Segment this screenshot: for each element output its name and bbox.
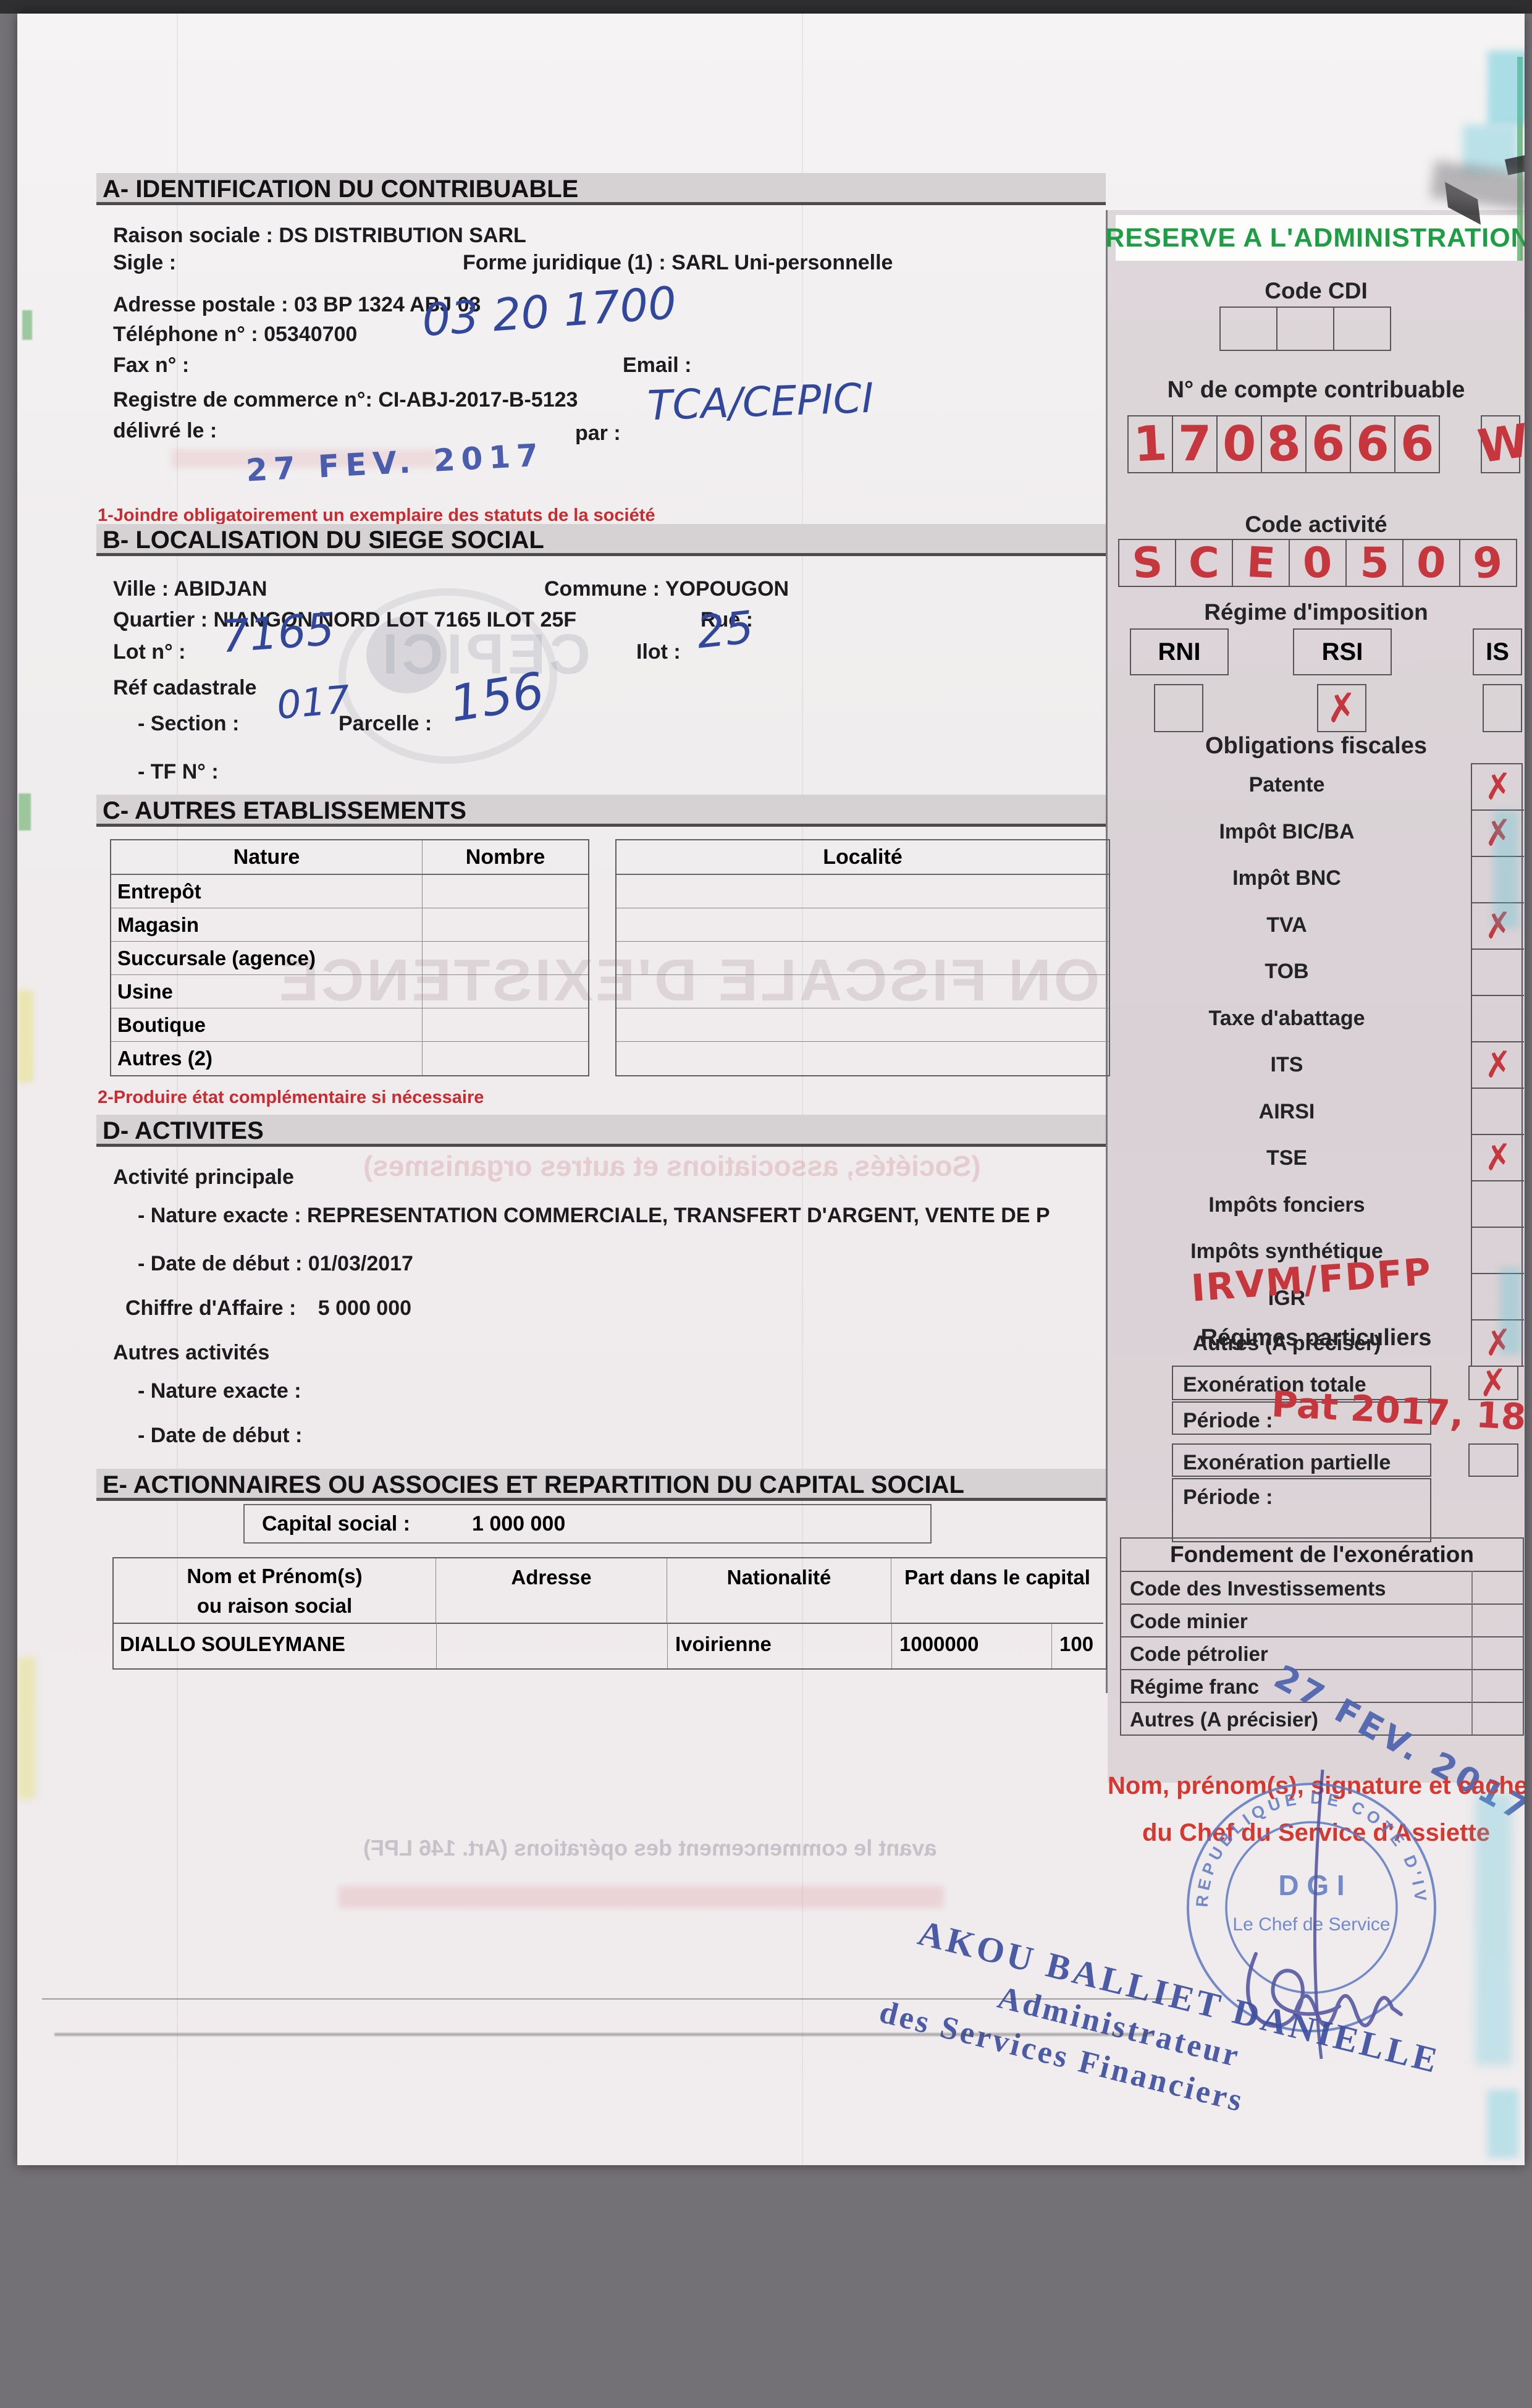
- code-cdi-cell: [1276, 306, 1334, 351]
- cyan-smudge: [1488, 2090, 1518, 2158]
- compte-digit-cell: 0: [1216, 415, 1262, 473]
- nature-exacte-line: - Nature exacte : REPRESENTATION COMMERC…: [138, 1204, 1050, 1228]
- compte-digit: 8: [1265, 415, 1302, 473]
- col-header-localite: Localité: [617, 840, 1109, 875]
- cyan-smudge: [1463, 125, 1518, 174]
- paper-crease-mark: [1505, 152, 1525, 175]
- code-cdi-cell: [1333, 306, 1391, 351]
- checkbox-mark: ✗: [1482, 814, 1515, 852]
- code-activite-cell: 9: [1459, 539, 1517, 587]
- delivre-le-label: délivré le :: [113, 419, 217, 443]
- exoneration-partielle-box: Exonération partielle: [1172, 1443, 1431, 1477]
- obligation-checkbox: ✗: [1472, 811, 1524, 857]
- col-header-nature: Nature: [111, 840, 423, 875]
- registre-commerce-line: Registre de commerce n°: CI-ABJ-2017-B-5…: [113, 388, 578, 412]
- table-cell-empty: [423, 975, 588, 1008]
- lot-handwritten-value: 7165: [219, 603, 336, 663]
- round-stamp-subtitle-text: Le Chef de Service: [1232, 1914, 1390, 1935]
- actionnaire-nom-cell: DIALLO SOULEYMANE: [114, 1623, 436, 1668]
- obligation-checkbox: [1472, 996, 1524, 1042]
- date-debut2-label: - Date de début :: [138, 1424, 302, 1448]
- ville-value: ABIDJAN: [174, 577, 267, 601]
- activite-principale-label: Activité principale: [113, 1165, 294, 1189]
- code-activite-char: 9: [1471, 538, 1505, 589]
- regime-rsi-box: RSI: [1293, 628, 1392, 675]
- obligations-checkbox-column: ✗ ✗ ✗ ✗ ✗ ✗: [1471, 763, 1523, 1367]
- reserve-administration-titlebox: RESERVE A L'ADMINISTRATION: [1116, 215, 1520, 261]
- checkbox-mark: ✗: [1482, 907, 1515, 945]
- reserve-administration-title: RESERVE A L'ADMINISTRATION: [1105, 223, 1525, 253]
- ville-label: Ville :: [113, 577, 169, 601]
- email-label: Email :: [623, 353, 691, 378]
- obligation-label: Impôt BIC/BA: [1108, 820, 1466, 844]
- col-header-nationalite: Nationalité: [667, 1558, 891, 1623]
- obligation-label: ITS: [1108, 1053, 1466, 1077]
- paper-crease-shadow: [1430, 161, 1525, 213]
- obligation-checkbox: [1472, 1089, 1524, 1135]
- raison-sociale-line: Raison sociale : DS DISTRIBUTION SARL: [113, 224, 526, 248]
- delivre-date-stamp: 27 FEV. 2017: [245, 437, 545, 488]
- obligation-label: TOB: [1108, 960, 1466, 984]
- fondement-row: Code minier: [1121, 1603, 1523, 1636]
- code-activite-cell: E: [1232, 539, 1290, 587]
- note-statuts-societe: 1-Joindre obligatoirement un exemplaire …: [98, 505, 655, 526]
- quartier-line: Quartier : NIANGON NORD LOT 7165 ILOT 25…: [113, 608, 576, 632]
- pink-bleed-bar-bottom: [339, 1886, 944, 1908]
- commune-label: Commune :: [544, 577, 660, 601]
- obligation-label: Impôt BNC: [1108, 866, 1466, 890]
- obligation-label: Taxe d'abattage: [1108, 1007, 1466, 1031]
- nature-exacte2-label: - Nature exacte :: [138, 1379, 301, 1403]
- compte-digit: 6: [1399, 416, 1434, 473]
- compte-digit-cell: 1: [1127, 415, 1173, 473]
- telephone-handwritten-value: 03 20 1700: [421, 277, 678, 347]
- fondement-row: Code des Investissements: [1121, 1571, 1523, 1603]
- actionnaires-table: Nom et Prénom(s) ou raison social Adress…: [112, 1557, 1107, 1670]
- code-activite-cell: 5: [1345, 539, 1404, 587]
- registre-commerce-label: Registre de commerce n°:: [113, 388, 372, 412]
- capital-social-label: Capital social :: [245, 1512, 410, 1536]
- autres-activites-label: Autres activités: [113, 1341, 269, 1365]
- forme-juridique-label: Forme juridique (1) :: [463, 251, 666, 274]
- table-row-label: Boutique: [111, 1008, 423, 1042]
- regime-rni-box: RNI: [1130, 628, 1229, 675]
- compte-digit-cell: 6: [1394, 415, 1440, 473]
- tax-declaration-form-page: DECLARATION FISCALE D'EXISTENCE (Société…: [17, 14, 1525, 2165]
- date-debut-label: - Date de début :: [138, 1252, 302, 1275]
- obligation-label: TVA: [1108, 913, 1466, 937]
- chiffre-affaire-label: Chiffre d'Affaire :: [125, 1296, 296, 1320]
- table-cell-empty: [423, 875, 588, 908]
- cyan-smudge: [1488, 51, 1525, 125]
- actionnaire-nationalite-cell: Ivoirienne: [667, 1623, 891, 1668]
- code-activite-cell: C: [1175, 539, 1233, 587]
- compte-digit: 0: [1221, 416, 1256, 473]
- ilot-handwritten-value: 25: [694, 601, 756, 658]
- chiffre-affaire-value: 5 000 000: [318, 1296, 411, 1320]
- code-cdi-cell: [1219, 306, 1277, 351]
- col-header-adresse: Adresse: [436, 1558, 667, 1623]
- regimes-particuliers-label: Régimes particuliers: [1108, 1325, 1525, 1351]
- round-stamp-center-text: D G I: [1278, 1869, 1344, 1901]
- actionnaire-part-pct-cell: 100: [1051, 1623, 1103, 1668]
- obligation-checkbox: [1472, 1228, 1524, 1274]
- table-row-label: Succursale (agence): [111, 942, 423, 975]
- code-activite-char: E: [1245, 538, 1277, 588]
- periode-partielle-box: Période :: [1172, 1478, 1431, 1542]
- compte-extra-scribble: W: [1475, 415, 1525, 473]
- obligation-checkbox: ✗: [1472, 903, 1524, 950]
- table-cell-empty: [423, 908, 588, 942]
- obligation-checkbox: [1472, 1274, 1524, 1320]
- obligation-checkbox: [1472, 950, 1524, 996]
- table-cell-empty: [617, 908, 1109, 942]
- nature-exacte-value: REPRESENTATION COMMERCIALE, TRANSFERT D'…: [307, 1204, 1050, 1227]
- actionnaire-adresse-cell: [436, 1623, 667, 1668]
- compte-contribuable-boxes: 1 7 0 8 6 6 6: [1129, 415, 1440, 473]
- checkbox-mark: ✗: [1324, 687, 1360, 729]
- date-debut-line: - Date de début : 01/03/2017: [138, 1252, 413, 1276]
- checkbox-mark: ✗: [1482, 1046, 1515, 1084]
- code-activite-boxes: S C E 0 5 0 9: [1119, 539, 1517, 587]
- capital-social-value: 1 000 000: [472, 1512, 565, 1536]
- table-row-label: Autres (2): [111, 1042, 423, 1075]
- obligation-checkbox: ✗: [1472, 764, 1524, 811]
- section-c-header: C- AUTRES ETABLISSEMENTS: [96, 795, 1106, 827]
- section-cadastrale-label: - Section :: [138, 712, 239, 736]
- obligation-label: Impôts fonciers: [1108, 1193, 1466, 1217]
- raison-sociale-label: Raison sociale :: [113, 224, 273, 247]
- obligation-checkbox: ✗: [1472, 1135, 1524, 1181]
- code-activite-cell: 0: [1289, 539, 1347, 587]
- raison-sociale-value: DS DISTRIBUTION SARL: [279, 224, 526, 247]
- etablissements-table-right: Localité: [615, 839, 1110, 1076]
- obligation-label: Patente: [1108, 773, 1466, 797]
- fondement-checkbox-divider: [1471, 1571, 1473, 1734]
- code-activite-char: 0: [1302, 538, 1333, 588]
- table-cell-empty: [423, 1008, 588, 1042]
- note-etat-complementaire: 2-Produire état complémentaire si nécess…: [98, 1088, 484, 1108]
- par-handwritten-value: TCA/CEPICI: [647, 374, 875, 430]
- scanner-edge-band: [0, 0, 1532, 14]
- compte-digit-cell: 6: [1350, 415, 1395, 473]
- capital-social-box: Capital social : 1 000 000: [243, 1504, 932, 1544]
- section-d-header: D- ACTIVITES: [96, 1115, 1106, 1147]
- section-a-header: A- IDENTIFICATION DU CONTRIBUABLE: [96, 173, 1106, 205]
- col-header-part-capital: Part dans le capital: [891, 1558, 1103, 1623]
- checkbox-mark: ✗: [1482, 768, 1515, 806]
- table-cell-empty: [423, 1042, 588, 1075]
- compte-digit: 7: [1178, 416, 1211, 472]
- obligation-checkbox: ✗: [1472, 1042, 1524, 1089]
- actionnaire-part-montant-cell: 1000000: [891, 1623, 1051, 1668]
- table-cell-empty: [617, 1008, 1109, 1042]
- regime-imposition-label: Régime d'imposition: [1108, 599, 1525, 625]
- fondement-exoneration-header: Fondement de l'exonération: [1121, 1539, 1523, 1571]
- etablissements-table-left: Nature Nombre Entrepôt Magasin Succursal…: [110, 839, 589, 1076]
- regime-is-box: IS: [1473, 628, 1522, 675]
- code-activite-cell: 0: [1402, 539, 1460, 587]
- chiffre-affaire-line: Chiffre d'Affaire : 5 000 000: [125, 1296, 411, 1320]
- obligation-label: AIRSI: [1108, 1100, 1466, 1124]
- obligation-checkbox: [1472, 1181, 1524, 1228]
- yellow-margin-smudge: [17, 990, 33, 1083]
- obligation-checkbox: [1472, 857, 1524, 903]
- code-activite-char: S: [1130, 538, 1164, 588]
- regime-rsi-checkbox: ✗: [1317, 684, 1366, 732]
- regime-is-checkbox: [1483, 684, 1522, 732]
- regime-rni-checkbox: [1154, 684, 1203, 732]
- fax-label: Fax n° :: [113, 353, 189, 378]
- ilot-label: Ilot :: [636, 640, 681, 664]
- col-header-raison: ou raison social: [114, 1594, 436, 1618]
- obligations-fiscales-label: Obligations fiscales: [1108, 733, 1525, 759]
- checkbox-mark: ✗: [1482, 1139, 1515, 1177]
- green-margin-mark: [22, 310, 32, 340]
- sigle-label: Sigle :: [113, 251, 176, 275]
- compte-digit-cell: 6: [1305, 415, 1351, 473]
- lot-label: Lot n° :: [113, 640, 185, 664]
- section-b-header: B- LOCALISATION DU SIEGE SOCIAL: [96, 524, 1106, 556]
- code-activite-char: 5: [1360, 539, 1389, 588]
- par-label: par :: [575, 421, 621, 446]
- table-cell-empty: [617, 1042, 1109, 1075]
- table-cell-empty: [617, 875, 1109, 908]
- table-cell-empty: [617, 942, 1109, 975]
- code-cdi-boxes: [1221, 306, 1391, 351]
- fondement-row: Code pétrolier: [1121, 1636, 1523, 1669]
- exoneration-partielle-checkbox: [1468, 1443, 1518, 1477]
- quartier-label: Quartier :: [113, 608, 208, 632]
- date-debut-value: 01/03/2017: [308, 1252, 413, 1275]
- compte-digit: 6: [1311, 416, 1345, 472]
- compte-digit-cell: 7: [1172, 415, 1218, 473]
- table-cell-empty: [617, 975, 1109, 1008]
- compte-digit: 6: [1355, 416, 1391, 473]
- code-activite-char: 0: [1415, 538, 1448, 588]
- compte-contribuable-label: N° de compte contribuable: [1108, 377, 1525, 403]
- section-e-header: E- ACTIONNAIRES OU ASSOCIES ET REPARTITI…: [96, 1469, 1106, 1501]
- table-row-label: Magasin: [111, 908, 423, 942]
- scanned-document-canvas: DECLARATION FISCALE D'EXISTENCE (Société…: [0, 0, 1532, 2408]
- compte-digit: 1: [1132, 416, 1169, 473]
- bleedthrough-bottom-line: avant le commencement des opérations (Ar…: [363, 1835, 936, 1861]
- nature-exacte-label: - Nature exacte :: [138, 1204, 301, 1227]
- parcelle-label: Parcelle :: [339, 712, 432, 736]
- code-activite-label: Code activité: [1108, 512, 1525, 538]
- ville-line: Ville : ABIDJAN: [113, 577, 267, 601]
- col-header-nom: Nom et Prénom(s): [114, 1565, 436, 1588]
- col-header-nombre: Nombre: [423, 840, 588, 875]
- code-activite-char: C: [1189, 539, 1219, 588]
- table-row-label: Entrepôt: [111, 875, 423, 908]
- telephone-line: Téléphone n° : 05340700: [113, 323, 357, 347]
- bleedthrough-subtitle-watermark: (Sociétés, associations et autres organi…: [363, 1149, 981, 1183]
- telephone-label: Téléphone n° :: [113, 323, 258, 346]
- tf-number-label: - TF N° :: [138, 760, 219, 784]
- code-activite-cell: S: [1118, 539, 1176, 587]
- adresse-postale-label: Adresse postale :: [113, 293, 288, 316]
- yellow-margin-smudge: [17, 1657, 36, 1799]
- forme-juridique-value: SARL Uni-personnelle: [671, 251, 893, 274]
- commune-value: YOPOUGON: [665, 577, 789, 601]
- telephone-value: 05340700: [264, 323, 357, 346]
- commune-line: Commune : YOPOUGON: [544, 577, 789, 601]
- registre-commerce-value: CI-ABJ-2017-B-5123: [378, 388, 578, 412]
- compte-digit-cell: 8: [1261, 415, 1307, 473]
- table-row-label: Usine: [111, 975, 423, 1008]
- code-cdi-label: Code CDI: [1108, 278, 1525, 304]
- obligation-label: TSE: [1108, 1146, 1466, 1170]
- compte-extra-box: W: [1481, 415, 1520, 473]
- green-margin-mark: [19, 793, 31, 830]
- table-cell-empty: [423, 942, 588, 975]
- ref-cadastrale-label: Réf cadastrale: [113, 676, 256, 700]
- forme-juridique-line: Forme juridique (1) : SARL Uni-personnel…: [463, 251, 893, 275]
